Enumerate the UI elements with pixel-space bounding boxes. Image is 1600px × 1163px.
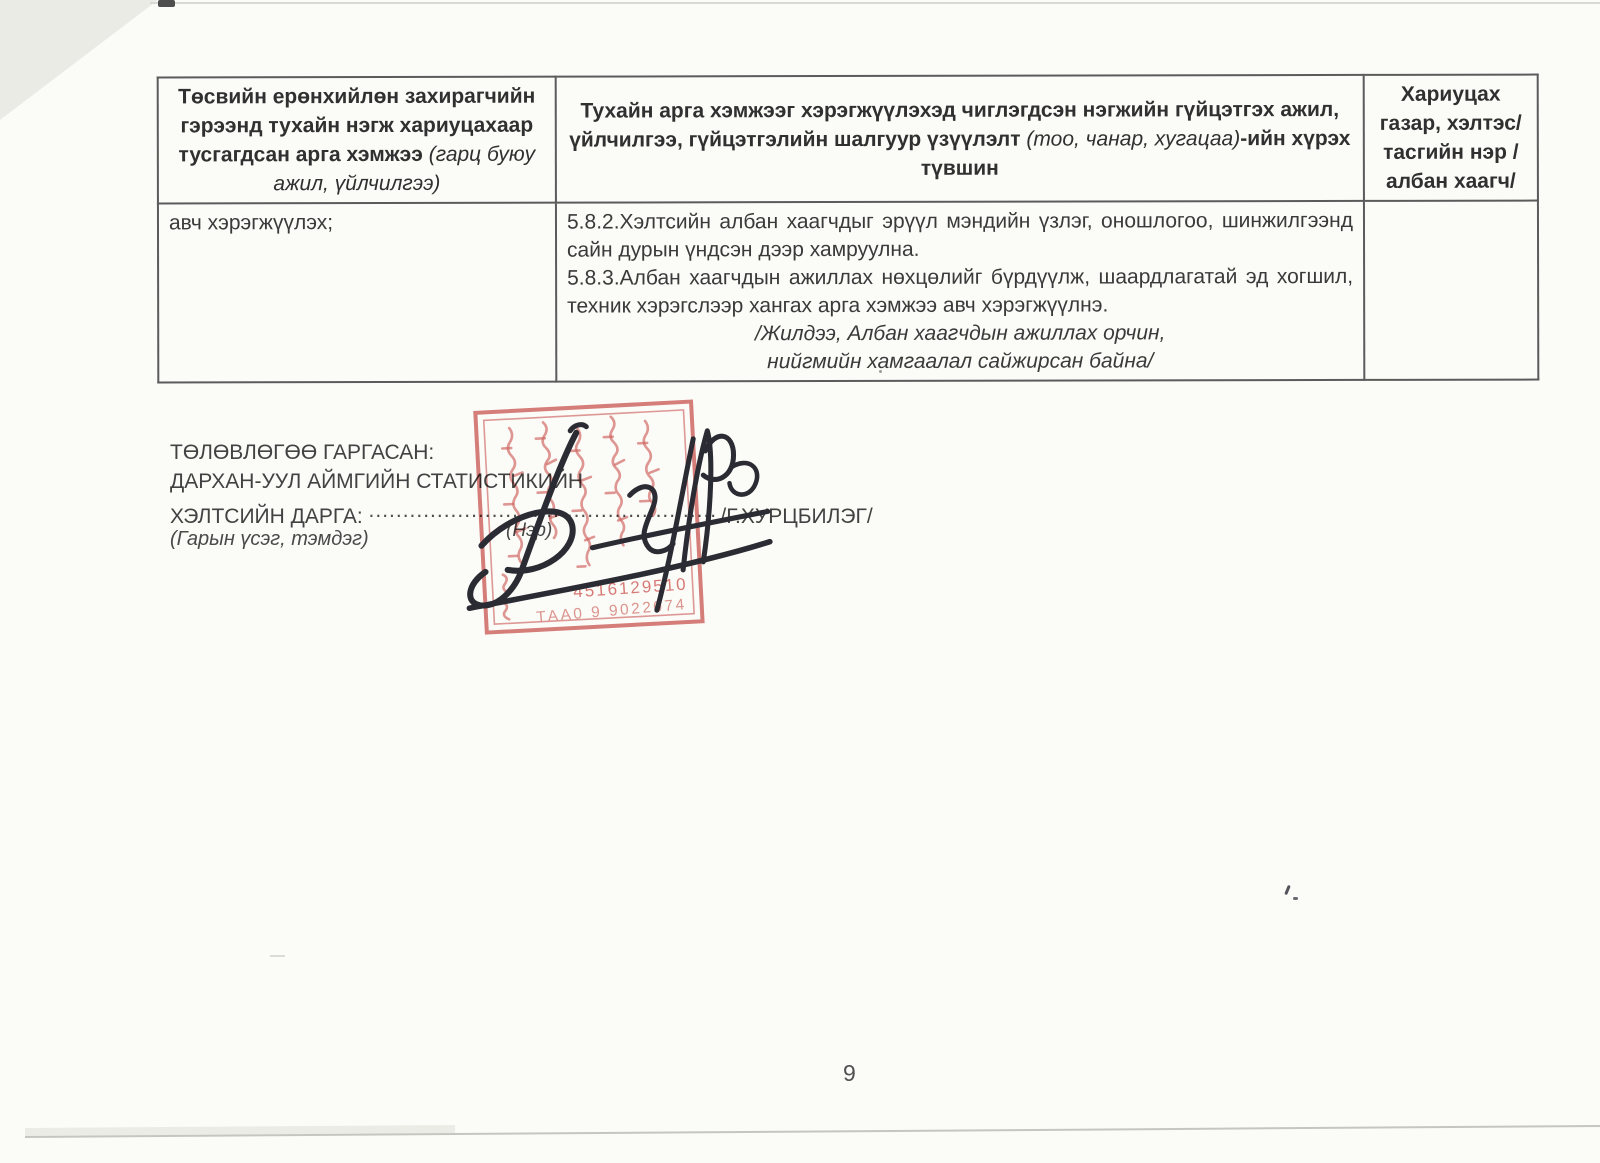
measure-cell: авч хэрэгжүүлэх; bbox=[158, 203, 556, 383]
measure-text: авч хэрэгжүүлэх; bbox=[169, 209, 545, 238]
scan-corner-shade bbox=[0, 0, 170, 125]
signature-ink bbox=[423, 410, 791, 628]
target-line-2: нийгмийн хамгаалал сайжирсан байна/ bbox=[567, 347, 1353, 377]
role-label: ХЭЛТСИЙН ДАРГА: bbox=[170, 505, 363, 528]
scan-speck bbox=[270, 955, 285, 957]
header-tasks: Тухайн арга хэмжээг хэрэгжүүлэхэд чиглэг… bbox=[556, 75, 1364, 203]
signature-caption: (Гарын үсэг, тэмдэг) bbox=[170, 528, 369, 551]
header-tasks-paren: (тоо, чанар, хугацаа) bbox=[1026, 127, 1240, 150]
header-responsible: Хариуцах газар, хэлтэс/ тасгийн нэр /алб… bbox=[1364, 75, 1538, 201]
table-header-row: Төсвийн ерөнхийлөн захирагчийн гэрээнд т… bbox=[158, 75, 1538, 204]
tasks-cell: 5.8.2.Хэлтсийн албан хаагчдыг эрүүл мэнд… bbox=[556, 201, 1364, 382]
target-line-1: /Жилдээ, Албан хаагчдын ажиллах орчин, bbox=[567, 319, 1353, 349]
scan-top-mark bbox=[158, 0, 175, 7]
header-responsible-text: Хариуцах газар, хэлтэс/ тасгийн нэр /алб… bbox=[1380, 83, 1522, 193]
scan-speck bbox=[1284, 885, 1291, 895]
scan-speck bbox=[1293, 897, 1298, 900]
task-1-text: 5.8.2.Хэлтсийн албан хаагчдыг эрүүл мэнд… bbox=[567, 207, 1353, 265]
table-row: авч хэрэгжүүлэх; 5.8.2.Хэлтсийн албан ха… bbox=[158, 201, 1538, 383]
header-measures: Төсвийн ерөнхийлөн захирагчийн гэрээнд т… bbox=[158, 77, 556, 204]
plan-table: Төсвийн ерөнхийлөн захирагчийн гэрээнд т… bbox=[157, 74, 1540, 384]
page-number: 9 bbox=[843, 1060, 856, 1087]
scan-top-edge bbox=[150, 2, 1600, 4]
task-2-text: 5.8.3.Албан хаагчдын ажиллах нөхцөлийг б… bbox=[567, 263, 1353, 321]
plan-prepared-label: ТӨЛӨВЛӨГӨӨ ГАРГАСАН: bbox=[170, 441, 434, 465]
responsible-cell bbox=[1364, 201, 1538, 380]
